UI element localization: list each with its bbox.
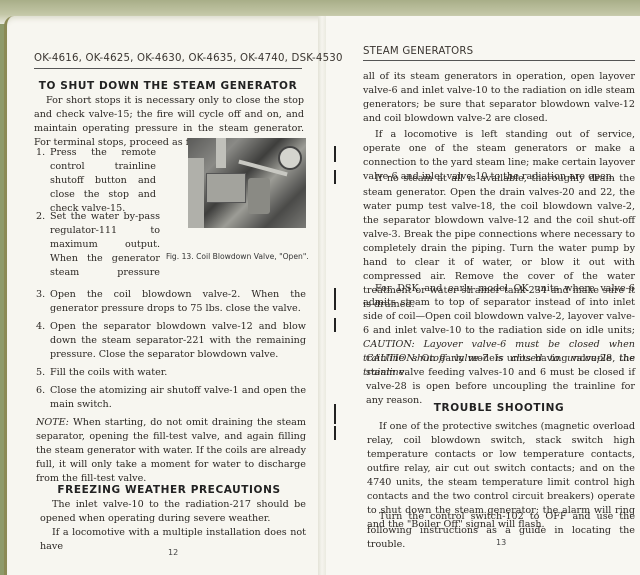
step-text: Close the atomizing air shutoff valve-1 … (50, 384, 306, 412)
left-page-number: 12 (168, 548, 178, 557)
step-number: 4. (36, 320, 45, 334)
step-1: 1. Press the remote control trainline sh… (36, 146, 156, 216)
step-text: Open the coil blowdown valve-2. When the… (50, 288, 306, 316)
step-3: 3. Open the coil blowdown valve-2. When … (36, 288, 306, 316)
section-title-shutdown: TO SHUT DOWN THE STEAM GENERATOR (34, 80, 302, 92)
figure-cylinder (248, 178, 270, 214)
margin-change-bar (334, 146, 336, 162)
step-number: 6. (36, 384, 45, 398)
step-number: 3. (36, 288, 45, 302)
caution-label: CAUTION: (366, 353, 418, 364)
left-running-head: OK-4616, OK-4625, OK-4630, OK-4635, OK-4… (34, 53, 343, 64)
figure-caption: Fig. 13. Coil Blowdown Valve, "Open". (166, 252, 309, 261)
figure-pipe (216, 138, 226, 168)
step-text: Open the separator blowdown valve-12 and… (50, 320, 306, 362)
right-running-head: STEAM GENERATORS (363, 46, 473, 57)
figure-gauge (278, 146, 302, 170)
step-number: 5. (36, 366, 45, 380)
step-5: 5. Fill the coils with water. (36, 366, 306, 380)
right-page-number: 13 (496, 538, 506, 547)
right-paragraph-1: all of its steam generators in operation… (363, 70, 635, 126)
step-number: 2. (36, 210, 45, 224)
step-6: 6. Close the atomizing air shutoff valve… (36, 384, 306, 412)
step-text: Set the water by-pass regulator-111 to m… (50, 210, 160, 280)
margin-change-bar (334, 318, 336, 332)
note-text: When starting, do not omit draining the … (36, 417, 306, 484)
figure-coil-blowdown-valve-photo (188, 138, 306, 228)
margin-change-bar (334, 170, 336, 184)
right-caution: CAUTION: On early models units having va… (366, 352, 635, 408)
note-label: NOTE: (36, 417, 69, 428)
figure-valve-body (206, 173, 246, 203)
freezing-paragraph-1: The inlet valve-10 to the radiation-217 … (40, 498, 306, 526)
left-header-rule (34, 68, 302, 69)
figure-pipe (188, 158, 204, 228)
margin-change-bar (334, 404, 336, 424)
section-title-freezing: FREEZING WEATHER PRECAUTIONS (34, 484, 304, 496)
step-2: 2. Set the water by-pass regulator-111 t… (36, 210, 160, 280)
section-title-trouble-shooting: TROUBLE SHOOTING (363, 402, 635, 414)
p4-normal-text: For DSK and early model OK units where v… (363, 283, 635, 336)
margin-change-bar (334, 426, 336, 440)
step-4: 4. Open the separator blowdown valve-12 … (36, 320, 306, 362)
right-header-rule (363, 60, 635, 61)
book-gutter (318, 16, 326, 575)
step-number: 1. (36, 146, 45, 160)
step-text: Fill the coils with water. (50, 366, 306, 380)
margin-change-bar (334, 288, 336, 310)
shutdown-note: NOTE: When starting, do not omit drainin… (36, 416, 306, 486)
step-text: Press the remote control trainline shuto… (50, 146, 156, 216)
